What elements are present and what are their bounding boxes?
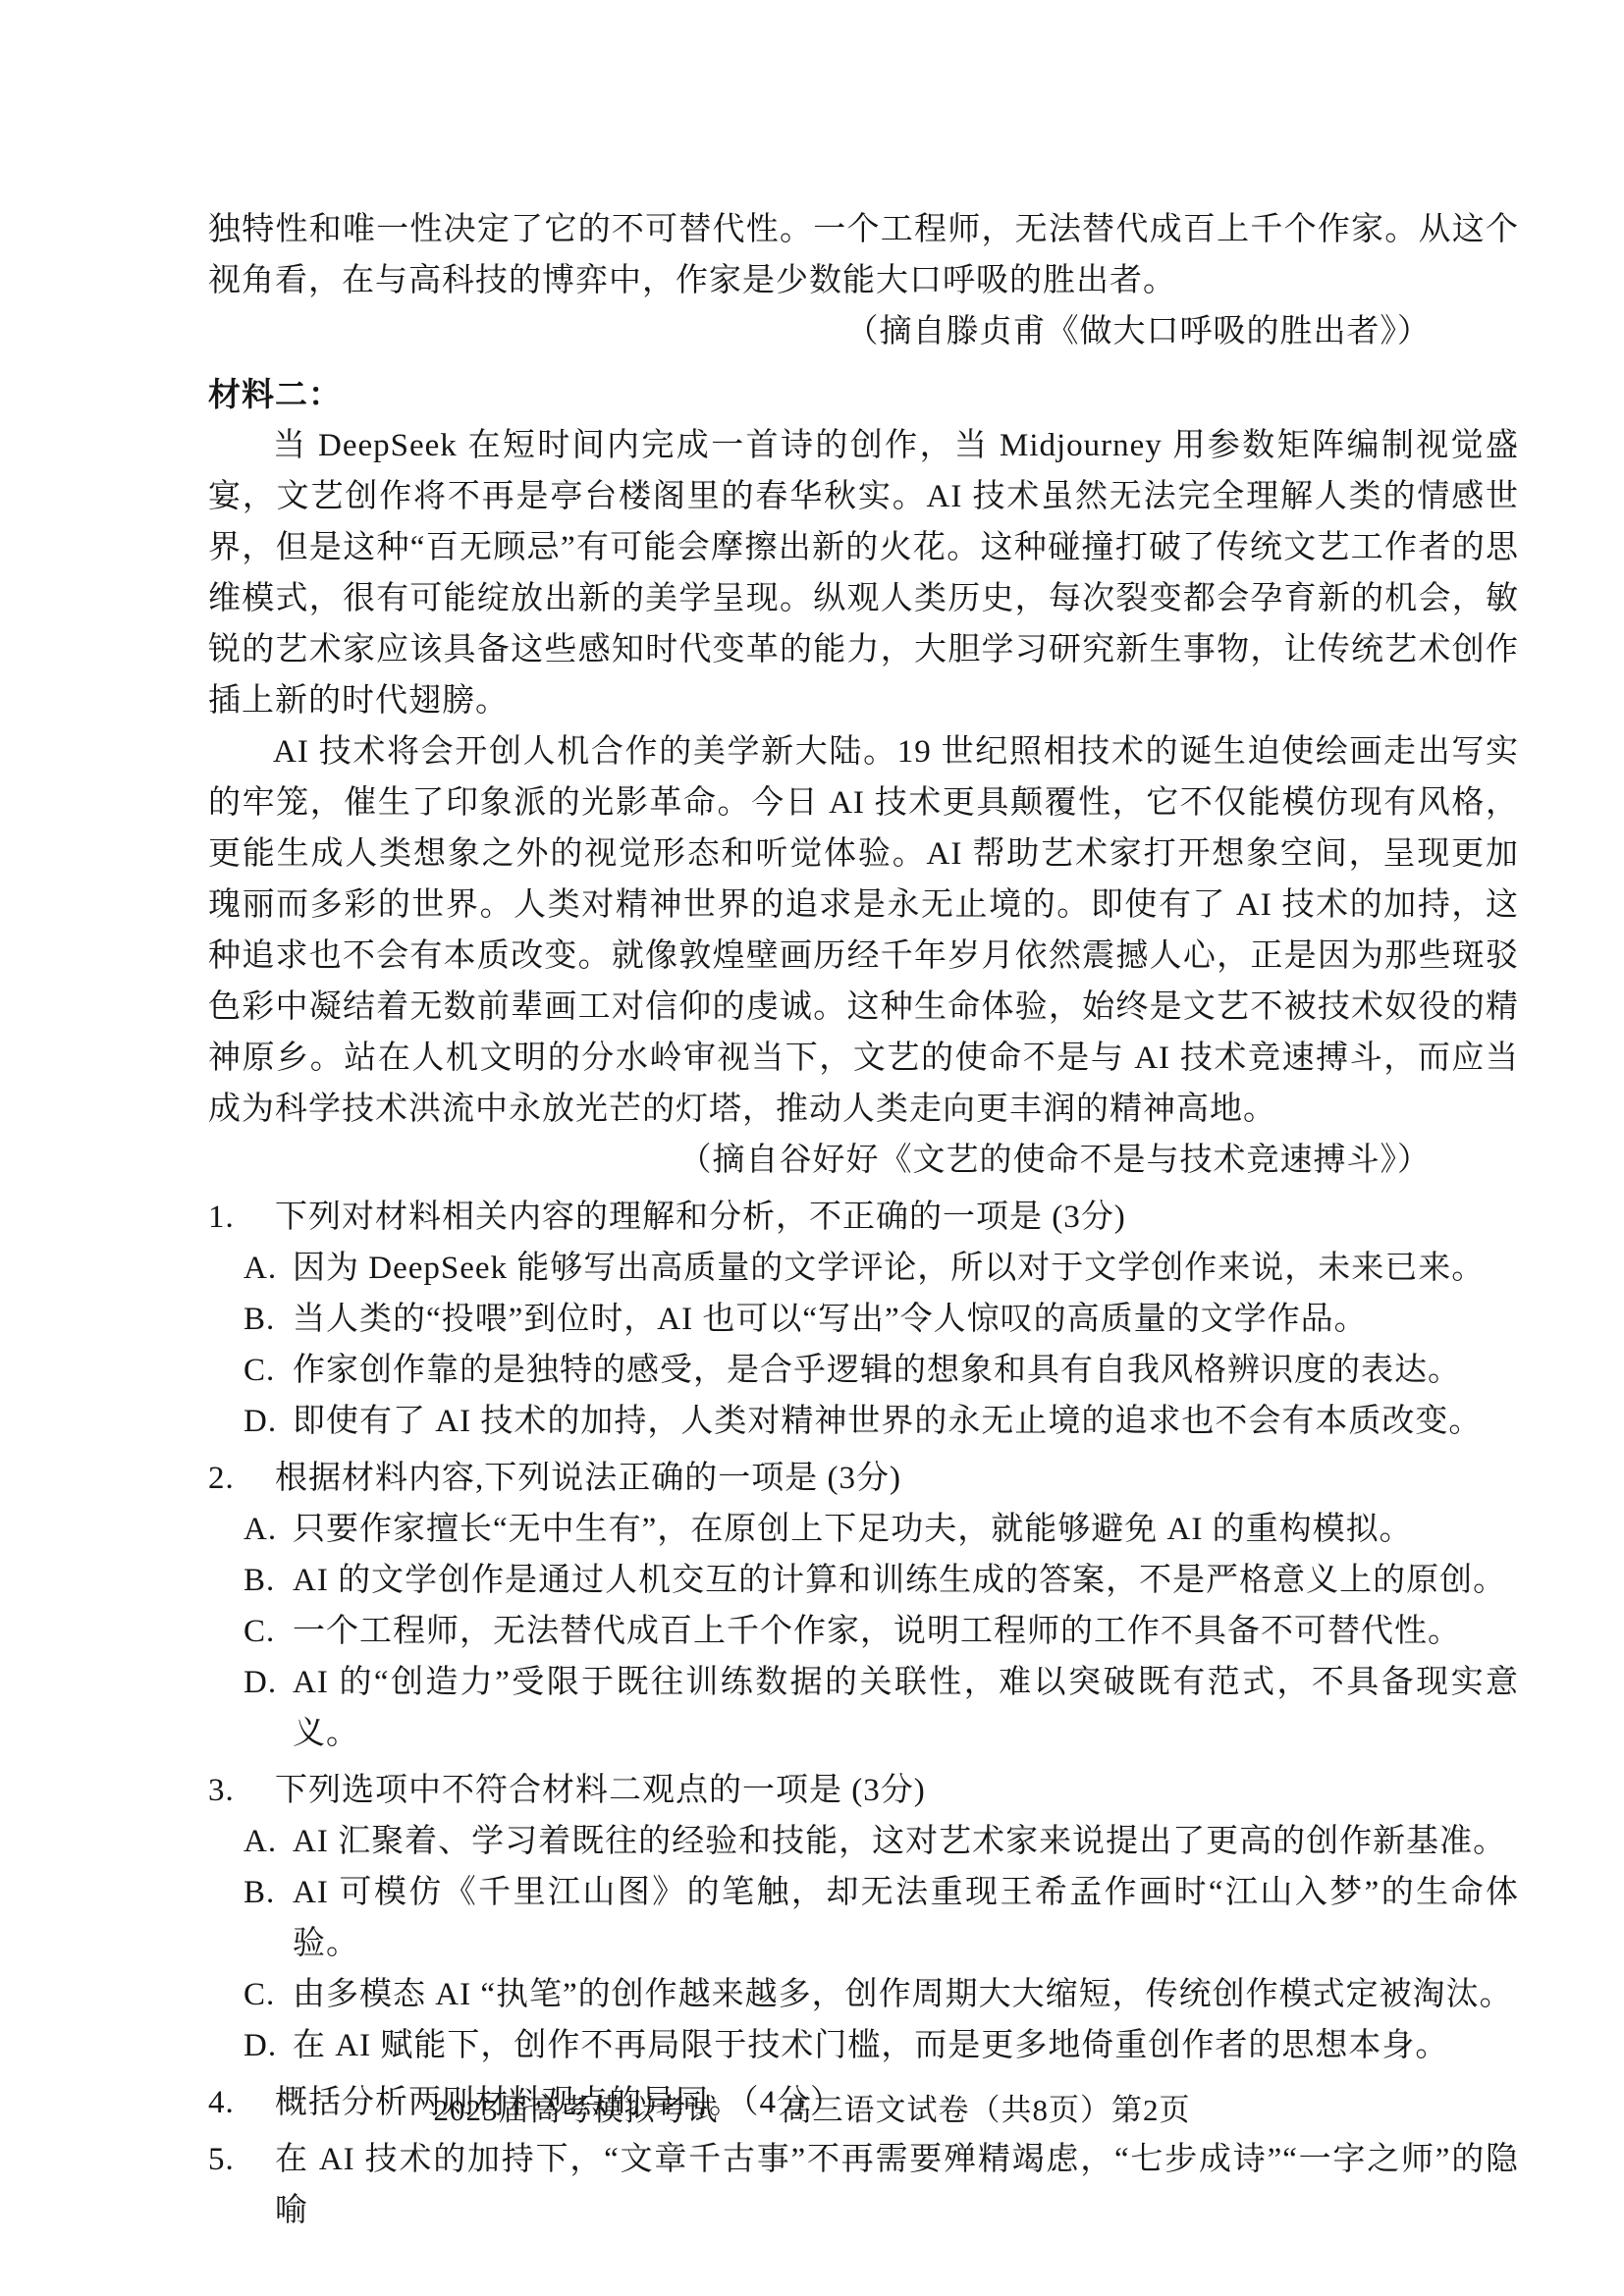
question-3-option-c-label: C. bbox=[244, 1969, 293, 2020]
question-5-stem: 在 AI 技术的加持下，“文章千古事”不再需要殚精竭虑，“七步成诗”“一字之师”… bbox=[275, 2134, 1519, 2236]
question-2-option-c-label: C. bbox=[244, 1606, 293, 1657]
question-1: 1. 下列对材料相关内容的理解和分析，不正确的一项是 (3分) A. 因为 De… bbox=[208, 1192, 1519, 1447]
question-1-option-c: C. 作家创作靠的是独特的感受，是合乎逻辑的想象和具有自我风格辨识度的表达。 bbox=[208, 1345, 1519, 1396]
question-2-stem: 根据材料内容,下列说法正确的一项是 (3分) bbox=[275, 1453, 1519, 1504]
question-1-option-a: A. 因为 DeepSeek 能够写出高质量的文学评论，所以对于文学创作来说，未… bbox=[208, 1243, 1519, 1294]
question-2-option-a-label: A. bbox=[244, 1504, 293, 1555]
question-3-option-d-text: 在 AI 赋能下，创作不再局限于技术门槛，而是更多地倚重创作者的思想本身。 bbox=[293, 2020, 1519, 2071]
question-1-option-b-label: B. bbox=[244, 1294, 293, 1345]
question-1-option-d: D. 即使有了 AI 技术的加持，人类对精神世界的永无止境的追求也不会有本质改变… bbox=[208, 1396, 1519, 1447]
question-5: 5. 在 AI 技术的加持下，“文章千古事”不再需要殚精竭虑，“七步成诗”“一字… bbox=[208, 2134, 1519, 2236]
question-1-option-a-label: A. bbox=[244, 1243, 293, 1294]
question-2-option-b-label: B. bbox=[244, 1555, 293, 1606]
question-3-option-d: D. 在 AI 赋能下，创作不再局限于技术门槛，而是更多地倚重创作者的思想本身。 bbox=[208, 2020, 1519, 2071]
question-1-number: 1. bbox=[208, 1192, 275, 1243]
material-2-paragraph-1: 当 DeepSeek 在短时间内完成一首诗的创作，当 Midjourney 用参… bbox=[208, 420, 1519, 726]
citation-source-2: （摘自谷好好《文艺的使命不是与技术竞速搏斗》） bbox=[208, 1135, 1519, 1186]
question-2-option-b: B. AI 的文学创作是通过人机交互的计算和训练生成的答案，不是严格意义上的原创… bbox=[208, 1555, 1519, 1606]
question-5-stem-row: 5. 在 AI 技术的加持下，“文章千古事”不再需要殚精竭虑，“七步成诗”“一字… bbox=[208, 2134, 1519, 2236]
question-3-stem-row: 3. 下列选项中不符合材料二观点的一项是 (3分) bbox=[208, 1765, 1519, 1816]
question-2: 2. 根据材料内容,下列说法正确的一项是 (3分) A. 只要作家擅长“无中生有… bbox=[208, 1453, 1519, 1759]
question-2-option-a-text: 只要作家擅长“无中生有”，在原创上下足功夫，就能够避免 AI 的重构模拟。 bbox=[293, 1504, 1519, 1555]
question-3-option-c-text: 由多模态 AI “执笔”的创作越来越多，创作周期大大缩短，传统创作模式定被淘汰。 bbox=[293, 1969, 1519, 2020]
question-3-option-a-text: AI 汇聚着、学习着既往的经验和技能，这对艺术家来说提出了更高的创作新基准。 bbox=[293, 1816, 1519, 1867]
question-3-option-d-label: D. bbox=[244, 2020, 293, 2071]
exam-paper-page: 独特性和唯一性决定了它的不可替代性。一个工程师，无法替代成百上千个作家。从这个视… bbox=[0, 0, 1624, 2296]
question-2-option-c: C. 一个工程师，无法替代成百上千个作家，说明工程师的工作不具备不可替代性。 bbox=[208, 1606, 1519, 1657]
question-3: 3. 下列选项中不符合材料二观点的一项是 (3分) A. AI 汇聚着、学习着既… bbox=[208, 1765, 1519, 2071]
question-1-option-d-label: D. bbox=[244, 1396, 293, 1447]
question-1-stem-row: 1. 下列对材料相关内容的理解和分析，不正确的一项是 (3分) bbox=[208, 1192, 1519, 1243]
question-1-option-b-text: 当人类的“投喂”到位时，AI 也可以“写出”令人惊叹的高质量的文学作品。 bbox=[293, 1294, 1519, 1345]
question-2-option-d: D. AI 的“创造力”受限于既往训练数据的关联性，难以突破既有范式，不具备现实… bbox=[208, 1657, 1519, 1759]
question-1-option-c-text: 作家创作靠的是独特的感受，是合乎逻辑的想象和具有自我风格辨识度的表达。 bbox=[293, 1345, 1519, 1396]
question-2-option-c-text: 一个工程师，无法替代成百上千个作家，说明工程师的工作不具备不可替代性。 bbox=[293, 1606, 1519, 1657]
page-content: 独特性和唯一性决定了它的不可替代性。一个工程师，无法替代成百上千个作家。从这个视… bbox=[208, 204, 1519, 2236]
question-2-number: 2. bbox=[208, 1453, 275, 1504]
question-3-number: 3. bbox=[208, 1765, 275, 1816]
material-2-heading: 材料二： bbox=[208, 369, 1519, 420]
question-1-option-d-text: 即使有了 AI 技术的加持，人类对精神世界的永无止境的追求也不会有本质改变。 bbox=[293, 1396, 1519, 1447]
question-3-option-b: B. AI 可模仿《千里江山图》的笔触，却无法重现王希孟作画时“江山入梦”的生命… bbox=[208, 1867, 1519, 1969]
question-3-option-a-label: A. bbox=[244, 1816, 293, 1867]
continuation-paragraph: 独特性和唯一性决定了它的不可替代性。一个工程师，无法替代成百上千个作家。从这个视… bbox=[208, 204, 1519, 306]
question-3-option-b-label: B. bbox=[244, 1867, 293, 1969]
page-footer: 2025届高考模拟考试 高三语文试卷（共8页）第2页 bbox=[0, 2087, 1624, 2134]
question-3-stem: 下列选项中不符合材料二观点的一项是 (3分) bbox=[275, 1765, 1519, 1816]
question-2-option-b-text: AI 的文学创作是通过人机交互的计算和训练生成的答案，不是严格意义上的原创。 bbox=[293, 1555, 1519, 1606]
question-1-option-a-text: 因为 DeepSeek 能够写出高质量的文学评论，所以对于文学创作来说，未来已来… bbox=[293, 1243, 1519, 1294]
question-2-option-d-text: AI 的“创造力”受限于既往训练数据的关联性，难以突破既有范式，不具备现实意义。 bbox=[293, 1657, 1519, 1759]
question-5-number: 5. bbox=[208, 2134, 275, 2236]
question-2-option-d-label: D. bbox=[244, 1657, 293, 1759]
citation-source-1: （摘自滕贞甫《做大口呼吸的胜出者》） bbox=[208, 306, 1519, 357]
question-1-stem: 下列对材料相关内容的理解和分析，不正确的一项是 (3分) bbox=[275, 1192, 1519, 1243]
question-3-option-c: C. 由多模态 AI “执笔”的创作越来越多，创作周期大大缩短，传统创作模式定被… bbox=[208, 1969, 1519, 2020]
question-1-option-c-label: C. bbox=[244, 1345, 293, 1396]
question-1-option-b: B. 当人类的“投喂”到位时，AI 也可以“写出”令人惊叹的高质量的文学作品。 bbox=[208, 1294, 1519, 1345]
question-2-stem-row: 2. 根据材料内容,下列说法正确的一项是 (3分) bbox=[208, 1453, 1519, 1504]
question-3-option-b-text: AI 可模仿《千里江山图》的笔触，却无法重现王希孟作画时“江山入梦”的生命体验。 bbox=[293, 1867, 1519, 1969]
material-2-paragraph-2: AI 技术将会开创人机合作的美学新大陆。19 世纪照相技术的诞生迫使绘画走出写实… bbox=[208, 726, 1519, 1135]
question-3-option-a: A. AI 汇聚着、学习着既往的经验和技能，这对艺术家来说提出了更高的创作新基准… bbox=[208, 1816, 1519, 1867]
question-2-option-a: A. 只要作家擅长“无中生有”，在原创上下足功夫，就能够避免 AI 的重构模拟。 bbox=[208, 1504, 1519, 1555]
